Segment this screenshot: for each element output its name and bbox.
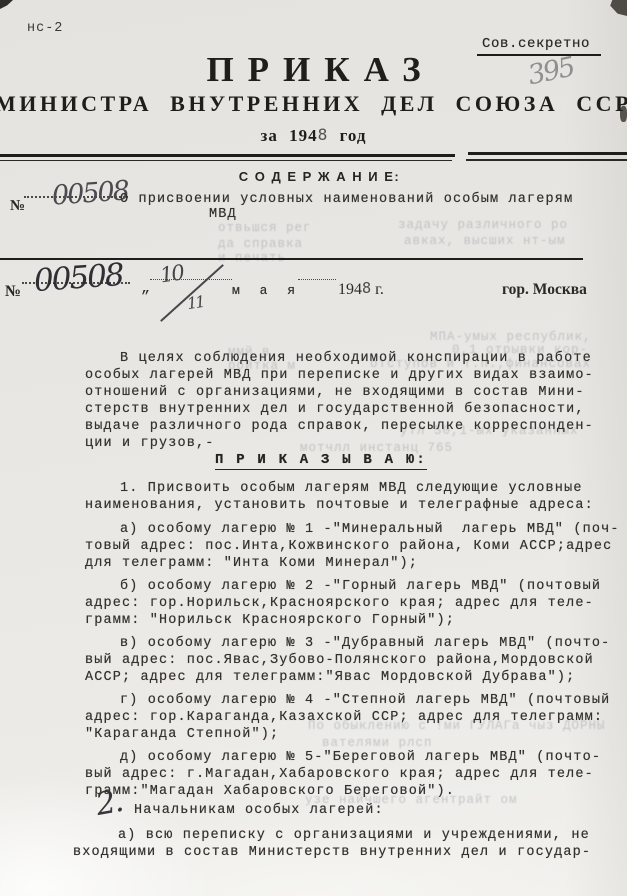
year-line-prefix: за 194 [261, 126, 318, 145]
bleedthrough-text: да справка [218, 237, 303, 251]
page-code: нс-2 [27, 21, 63, 36]
year-line-suffix: год [340, 126, 367, 145]
order-item-a: а) особому лагерю № 1 -"Минеральный лаге… [85, 521, 627, 572]
order-point-2-text: Начальникам особых лагерей: [134, 802, 384, 819]
year-line-typed-digit: 8 [318, 125, 329, 144]
date-day-denominator: 11 [186, 292, 205, 313]
header-rule-left-thick [0, 154, 455, 157]
date-year-typed-digit: 8 [362, 279, 371, 297]
date-dotted-line-2 [298, 279, 336, 280]
order-item-v: в) особому лагерю № 3 -"Дубравный лагерь… [85, 635, 627, 686]
contents-heading: С О Д Е Р Ж А Н И Е: [239, 169, 400, 184]
date-year-suffix: г. [375, 281, 384, 298]
order-number-label: № [5, 283, 21, 301]
order-number-value: 00508 [33, 257, 124, 299]
order-item-g: г) особому лагерю № 4 -"Степной лагерь М… [85, 692, 627, 743]
date-year-prefix: 194 [338, 281, 362, 298]
bleedthrough-text: задачу различного ро [398, 218, 568, 232]
paper-corner-mark-top-right [606, 0, 627, 16]
date-city: гор. Москва [502, 281, 587, 299]
paper-corner-mark-top-left [0, 0, 13, 9]
header-rule-right-thick [468, 152, 627, 155]
document-title: ПРИКАЗ [192, 50, 434, 90]
classification-underline [477, 54, 601, 56]
order-point-1: 1. Присвоить особым лагерям МВД следующи… [85, 480, 627, 514]
bleedthrough-text: МПА-умых республик, [430, 330, 592, 344]
order-point-2-handwritten-number: 2. [93, 783, 124, 823]
order-item-b: б) особому лагерю № 2 -"Горный лагерь МВ… [85, 578, 627, 629]
intro-paragraph: В целях соблюдения необходимой конспирац… [85, 350, 627, 452]
bleedthrough-text: авках, высших нт-ым [404, 234, 566, 248]
contents-summary-line1: О присвоении условных наименований особы… [120, 191, 573, 208]
year-line: за 1948 год [261, 126, 367, 146]
bleedthrough-text: отвьшся рег [218, 221, 312, 235]
header-rule-right-thin [466, 159, 627, 161]
classification-stamp: Сов.секретно [482, 36, 590, 52]
contents-number-value: 00508 [51, 175, 129, 211]
contents-summary-line2: МВД [209, 206, 237, 223]
pencil-page-number: 395 [525, 52, 576, 92]
order-item-a-2: а) всю переписку с организациями и учреж… [73, 827, 621, 861]
date-year: 1948 г. [338, 280, 384, 299]
header-rule-left-thin [0, 160, 452, 161]
document-page: отвьшся рег задачу различного ро да спра… [0, 0, 627, 896]
contents-number-label: № [10, 198, 25, 215]
date-day-numerator: 10 [158, 261, 184, 288]
date-open-quote: „ [141, 280, 150, 297]
order-heading: П Р И К А З Ы В А Ю: [215, 452, 427, 470]
document-subtitle: МИНИСТРА ВНУТРЕННИХ ДЕЛ СОЮЗА ССР [0, 91, 627, 117]
date-month: м а я [232, 282, 301, 299]
order-item-d: д) особому лагерю № 5-"Береговой лагерь … [85, 749, 627, 800]
